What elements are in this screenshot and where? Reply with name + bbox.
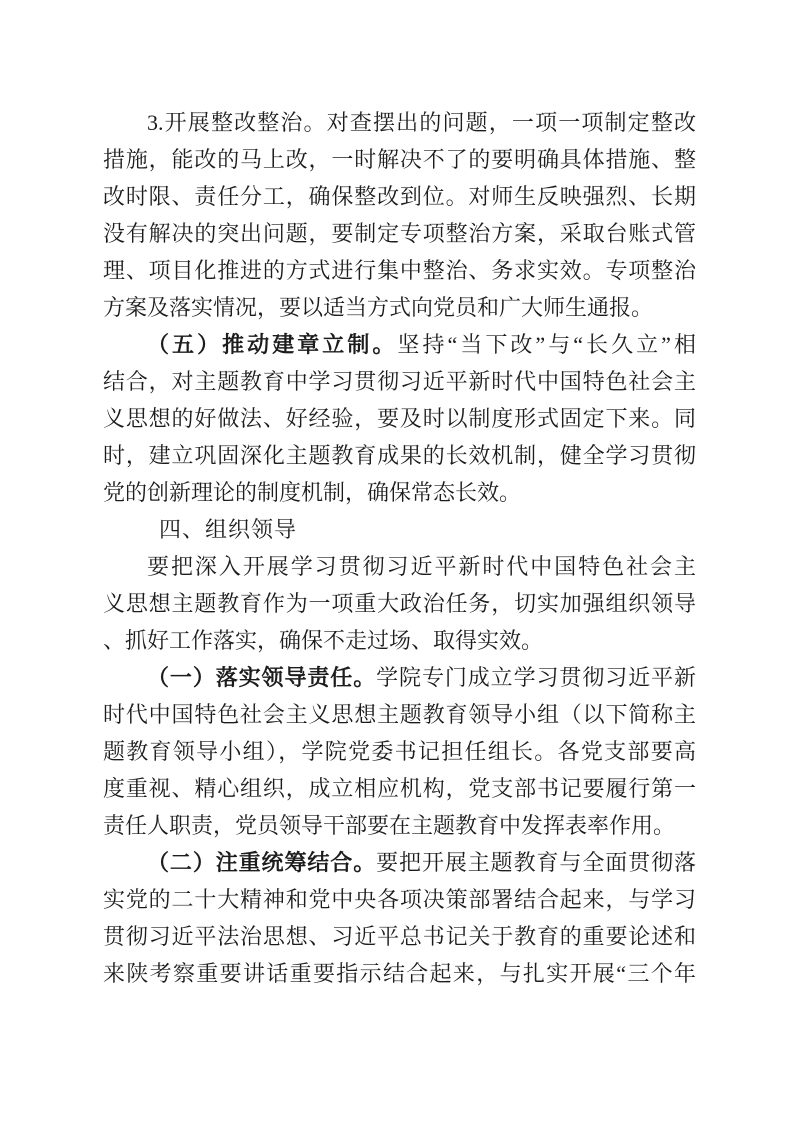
document-page: 3.开展整改整治。对查摆出的问题，一项一项制定整改措施，能改的马上改，一时解决不… (0, 0, 793, 1122)
text-line: 时，建立巩固深化主题教育成果的长效机制，健全学习贯彻 (103, 437, 696, 474)
bold-lead-in-text: （一）落实领导责任。 (147, 665, 376, 690)
text-line: 责任人职责，党员领导干部要在主题教育中发挥表率作用。 (103, 807, 696, 844)
text-line: 3.开展整改整治。对查摆出的问题，一项一项制定整改 (103, 104, 696, 141)
text-run: 实党的二十大精神和党中央各项决策部署结合起来，与学习 (103, 887, 696, 912)
text-line: 来陕考察重要讲话重要指示结合起来，与扎实开展“三个年 (103, 955, 696, 992)
text-run: 四、组织领导 (159, 517, 297, 542)
text-line: 改时限、责任分工，确保整改到位。对师生反映强烈、长期 (103, 178, 696, 215)
text-run: 理、项目化推进的方式进行集中整治、务求实效。专项整治 (103, 258, 696, 283)
text-run: 义思想的好做法、好经验，要及时以制度形式固定下来。同 (103, 406, 696, 431)
text-line: 义思想的好做法、好经验，要及时以制度形式固定下来。同 (103, 400, 696, 437)
text-run: 要把开展主题教育与全面贯彻落 (376, 850, 696, 875)
text-line: （一）落实领导责任。学院专门成立学习贯彻习近平新 (103, 659, 696, 696)
text-line: 题教育领导小组），学院党委书记担任组长。各党支部要高 (103, 733, 696, 770)
text-run: 义思想主题教育作为一项重大政治任务，切实加强组织领导 (103, 591, 696, 616)
text-line: 没有解决的突出问题，要制定专项整治方案，采取台账式管 (103, 215, 696, 252)
bold-lead-in-text: （二）注重统筹结合。 (147, 850, 376, 875)
text-run: 3.开展整改整治。对查摆出的问题，一项一项制定整改 (147, 110, 696, 135)
text-run: 题教育领导小组），学院党委书记担任组长。各党支部要高 (103, 739, 696, 764)
text-run: 没有解决的突出问题，要制定专项整治方案，采取台账式管 (103, 221, 696, 246)
text-run: 改时限、责任分工，确保整改到位。对师生反映强烈、长期 (103, 184, 696, 209)
text-line: 贯彻习近平法治思想、习近平总书记关于教育的重要论述和 (103, 918, 696, 955)
text-run: 贯彻习近平法治思想、习近平总书记关于教育的重要论述和 (103, 924, 696, 949)
text-line: 要把深入开展学习贯彻习近平新时代中国特色社会主 (103, 548, 696, 585)
text-run: 措施，能改的马上改，一时解决不了的要明确具体措施、整 (103, 147, 696, 172)
text-line: 实党的二十大精神和党中央各项决策部署结合起来，与学习 (103, 881, 696, 918)
document-text-block: 3.开展整改整治。对查摆出的问题，一项一项制定整改措施，能改的马上改，一时解决不… (103, 104, 696, 992)
text-run: 坚持“当下改”与“长久立”相 (397, 332, 696, 357)
text-run: 结合，对主题教育中学习贯彻习近平新时代中国特色社会主 (103, 369, 696, 394)
text-line: 方案及落实情况，要以适当方式向党员和广大师生通报。 (103, 289, 696, 326)
text-line: 措施，能改的马上改，一时解决不了的要明确具体措施、整 (103, 141, 696, 178)
text-line: 、抓好工作落实，确保不走过场、取得实效。 (103, 622, 696, 659)
text-run: 学院专门成立学习贯彻习近平新 (376, 665, 696, 690)
text-run: 时，建立巩固深化主题教育成果的长效机制，健全学习贯彻 (103, 443, 696, 468)
text-run: 来陕考察重要讲话重要指示结合起来，与扎实开展“三个年 (103, 961, 696, 986)
text-line: 理、项目化推进的方式进行集中整治、务求实效。专项整治 (103, 252, 696, 289)
text-line: 党的创新理论的制度机制，确保常态长效。 (103, 474, 696, 511)
text-run: 要把深入开展学习贯彻习近平新时代中国特色社会主 (147, 554, 696, 579)
text-run: 党的创新理论的制度机制，确保常态长效。 (103, 480, 521, 505)
bold-lead-in-text: （五）推动建章立制。 (147, 332, 397, 357)
text-run: 方案及落实情况，要以适当方式向党员和广大师生通报。 (103, 295, 653, 320)
text-line: （二）注重统筹结合。要把开展主题教育与全面贯彻落 (103, 844, 696, 881)
text-run: 责任人职责，党员领导干部要在主题教育中发挥表率作用。 (103, 813, 675, 838)
text-line: 度重视、精心组织，成立相应机构，党支部书记要履行第一 (103, 770, 696, 807)
text-line: 义思想主题教育作为一项重大政治任务，切实加强组织领导 (103, 585, 696, 622)
text-run: 度重视、精心组织，成立相应机构，党支部书记要履行第一 (103, 776, 696, 801)
text-line: （五）推动建章立制。坚持“当下改”与“长久立”相 (103, 326, 696, 363)
heading-section-4-organizational-leadership: 四、组织领导 (103, 511, 696, 548)
text-line: 时代中国特色社会主义思想主题教育领导小组（以下简称主 (103, 696, 696, 733)
text-line: 结合，对主题教育中学习贯彻习近平新时代中国特色社会主 (103, 363, 696, 400)
text-run: 、抓好工作落实，确保不走过场、取得实效。 (103, 628, 543, 653)
text-run: 时代中国特色社会主义思想主题教育领导小组（以下简称主 (103, 702, 696, 727)
